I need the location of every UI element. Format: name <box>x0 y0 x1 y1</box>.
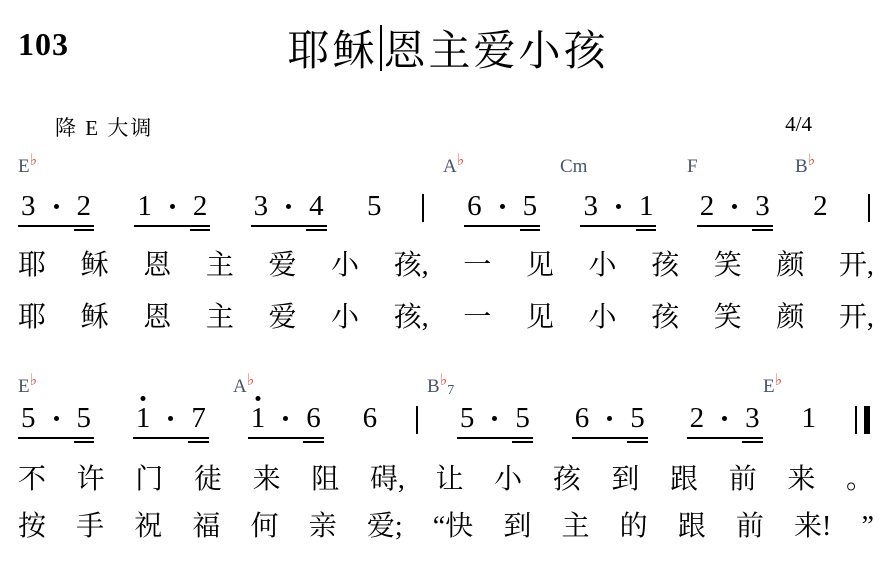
barline <box>868 194 870 222</box>
lyric-syllable: 。 <box>846 462 874 498</box>
lyric-syllable: 小 <box>588 248 616 284</box>
chord-root: B <box>795 156 808 177</box>
lyric-syllable: 一 <box>463 300 491 336</box>
note: 5 <box>21 404 36 433</box>
note-group: 55 <box>457 402 533 439</box>
chord-root: E <box>18 156 30 177</box>
augmentation-dot-icon <box>168 416 173 421</box>
note-group: 23 <box>697 190 773 227</box>
lyric-syllable: 来 <box>787 462 815 498</box>
lyric-syllable: 小 <box>494 462 522 498</box>
lyric-syllable: 前 <box>729 462 757 498</box>
barline <box>416 406 418 434</box>
note: 5 <box>460 404 475 433</box>
lyric-syllable: 见 <box>526 248 554 284</box>
note: 1 <box>136 404 151 433</box>
chord-symbol: B♭7 <box>427 376 454 398</box>
lyric-syllable: 让 <box>435 462 463 498</box>
augmentation-dot-icon <box>616 204 621 209</box>
lyric-syllable: 到 <box>611 462 639 498</box>
note: 5 <box>77 404 92 433</box>
key-signature: 降 E 大调 <box>55 112 153 142</box>
augmentation-dot-icon <box>500 204 505 209</box>
lyric-syllable: 耶 <box>18 300 46 336</box>
lyric-syllable: 一 <box>463 248 491 284</box>
lyric-syllable: 跟 <box>670 462 698 498</box>
note: 1 <box>137 192 152 221</box>
lyric-syllable: 孩 <box>651 300 679 336</box>
lyric-syllable: 许 <box>77 462 105 498</box>
lyric-row: 耶稣恩主爱小孩,一见小孩笑颜开, <box>18 248 874 284</box>
note: 3 <box>254 192 269 221</box>
title-text: 恩主爱小孩 <box>384 29 609 75</box>
note-group: 65 <box>572 402 648 439</box>
chord-root: F <box>687 156 698 177</box>
lyric-syllable: 不 <box>18 462 46 498</box>
augmentation-dot-icon <box>54 204 59 209</box>
lyric-syllable: 小 <box>588 300 616 336</box>
lyric-syllable: 恩 <box>143 300 171 336</box>
lyric-syllable: 爱 <box>268 300 296 336</box>
chord-symbol: A♭ <box>443 156 464 178</box>
chord-root: Cm <box>560 156 587 177</box>
flat-icon: ♭ <box>30 152 38 169</box>
lyric-syllable: 笑 <box>714 248 742 284</box>
lyric-syllable: 徒 <box>194 462 222 498</box>
lyric-syllable: 稣 <box>81 248 109 284</box>
lyric-syllable: 到 <box>503 509 531 545</box>
lyric-syllable: 来! <box>794 509 831 545</box>
lyric-syllable: 颜 <box>776 248 804 284</box>
chord-symbol: E♭ <box>18 376 37 398</box>
lyric-syllable: 孩 <box>651 248 679 284</box>
chord-extension: 7 <box>447 383 454 398</box>
chord-root: E <box>763 376 775 397</box>
note: 4 <box>309 192 324 221</box>
note: 2 <box>690 404 705 433</box>
note: 6 <box>363 404 378 433</box>
lyric-syllable: 手 <box>76 509 104 545</box>
augmentation-dot-icon <box>286 204 291 209</box>
chord-symbol: F <box>687 156 698 178</box>
final-barline <box>855 406 870 434</box>
note-group: 65 <box>464 190 540 227</box>
note-group: 12 <box>134 190 210 227</box>
lyric-syllable: 孩, <box>394 300 429 336</box>
note-group: 32 <box>18 190 94 227</box>
chord-symbol: Cm <box>560 156 587 178</box>
augmentation-dot-icon <box>732 204 737 209</box>
augmentation-dot-icon <box>492 416 497 421</box>
note-group: 16 <box>248 402 324 439</box>
lyric-syllable: 颜 <box>776 300 804 336</box>
augmentation-dot-icon <box>54 416 59 421</box>
lyric-syllable: 耶 <box>18 248 46 284</box>
lyric-syllable: 小 <box>331 248 359 284</box>
lyric-syllable: 碍, <box>370 462 405 498</box>
lyric-syllable: “快 <box>433 509 473 545</box>
lyric-syllable: 孩 <box>553 462 581 498</box>
note: 2 <box>77 192 92 221</box>
note: 1 <box>251 404 266 433</box>
augmentation-dot-icon <box>170 204 175 209</box>
barline <box>422 194 424 222</box>
lyric-syllable: 主 <box>206 248 234 284</box>
lyric-syllable: 来 <box>253 462 281 498</box>
lyric-syllable: 门 <box>135 462 163 498</box>
lyric-syllable: 亲 <box>309 509 337 545</box>
note: 3 <box>755 192 770 221</box>
chord-symbol: E♭ <box>18 156 37 178</box>
note: 6 <box>467 192 482 221</box>
hymn-sheet: 103 耶稣恩主爱小孩 降 E 大调 4/4 E♭A♭CmFB♭ 3212345… <box>0 0 896 573</box>
note: 5 <box>630 404 645 433</box>
note: 6 <box>306 404 321 433</box>
lyric-syllable: 笑 <box>714 300 742 336</box>
note: 2 <box>193 192 208 221</box>
lyric-syllable: 见 <box>526 300 554 336</box>
note-group: 31 <box>580 190 656 227</box>
note: 3 <box>583 192 598 221</box>
chord-symbol: B♭ <box>795 156 815 178</box>
note-row: 55171665565231 <box>18 402 870 439</box>
flat-icon: ♭ <box>808 152 816 169</box>
augmentation-dot-icon <box>607 416 612 421</box>
flat-icon: ♭ <box>457 152 465 169</box>
lyric-row: 按手祝福何亲爱;“快到主的跟前来!” <box>18 509 874 545</box>
chord-root: E <box>18 376 30 397</box>
chord-row: E♭A♭CmFB♭ <box>18 156 876 186</box>
lyric-syllable: 稣 <box>81 300 109 336</box>
chord-symbol: A♭ <box>233 376 254 398</box>
chord-root: A <box>443 156 457 177</box>
lyric-syllable: 爱 <box>268 248 296 284</box>
title-text: 耶稣 <box>287 29 377 75</box>
lyric-row: 耶稣恩主爱小孩,一见小孩笑颜开, <box>18 300 874 336</box>
note: 2 <box>700 192 715 221</box>
flat-icon: ♭ <box>30 372 38 389</box>
lyric-syllable: 小 <box>331 300 359 336</box>
time-signature: 4/4 <box>785 112 812 137</box>
lyric-syllable: 开, <box>839 248 874 284</box>
note-group: 23 <box>687 402 763 439</box>
hymn-title: 耶稣恩主爱小孩 <box>0 18 896 78</box>
chord-root: A <box>233 376 247 397</box>
note: 3 <box>21 192 36 221</box>
note: 6 <box>575 404 590 433</box>
note: 3 <box>745 404 760 433</box>
note: 5 <box>367 192 382 221</box>
note: 1 <box>639 192 654 221</box>
note: 5 <box>515 404 530 433</box>
lyric-row: 不许门徒来阻碍,让小孩到跟前来。 <box>18 462 874 498</box>
note: 2 <box>813 192 828 221</box>
lyric-syllable: 祝 <box>134 509 162 545</box>
note-row: 32123456531232 <box>18 190 870 227</box>
lyric-syllable: 开, <box>839 300 874 336</box>
lyric-syllable: 的 <box>620 509 648 545</box>
note: 1 <box>802 404 817 433</box>
lyric-syllable: 前 <box>736 509 764 545</box>
chord-root: B <box>427 376 440 397</box>
lyric-syllable: ” <box>861 509 873 545</box>
lyric-syllable: 恩 <box>143 248 171 284</box>
lyric-syllable: 跟 <box>678 509 706 545</box>
note-group: 17 <box>133 402 209 439</box>
augmentation-dot-icon <box>722 416 727 421</box>
lyric-syllable: 福 <box>192 509 220 545</box>
title-divider-bar <box>380 25 382 71</box>
flat-icon: ♭ <box>775 372 783 389</box>
lyric-syllable: 阻 <box>311 462 339 498</box>
augmentation-dot-icon <box>283 416 288 421</box>
note: 5 <box>523 192 538 221</box>
lyric-syllable: 主 <box>561 509 589 545</box>
note: 7 <box>191 404 206 433</box>
lyric-syllable: 何 <box>251 509 279 545</box>
chord-symbol: E♭ <box>763 376 782 398</box>
lyric-syllable: 孩, <box>394 248 429 284</box>
note-group: 34 <box>251 190 327 227</box>
note-group: 55 <box>18 402 94 439</box>
lyric-syllable: 主 <box>206 300 234 336</box>
flat-icon: ♭ <box>247 372 255 389</box>
lyric-syllable: 按 <box>18 509 46 545</box>
lyric-syllable: 爱; <box>367 509 403 545</box>
